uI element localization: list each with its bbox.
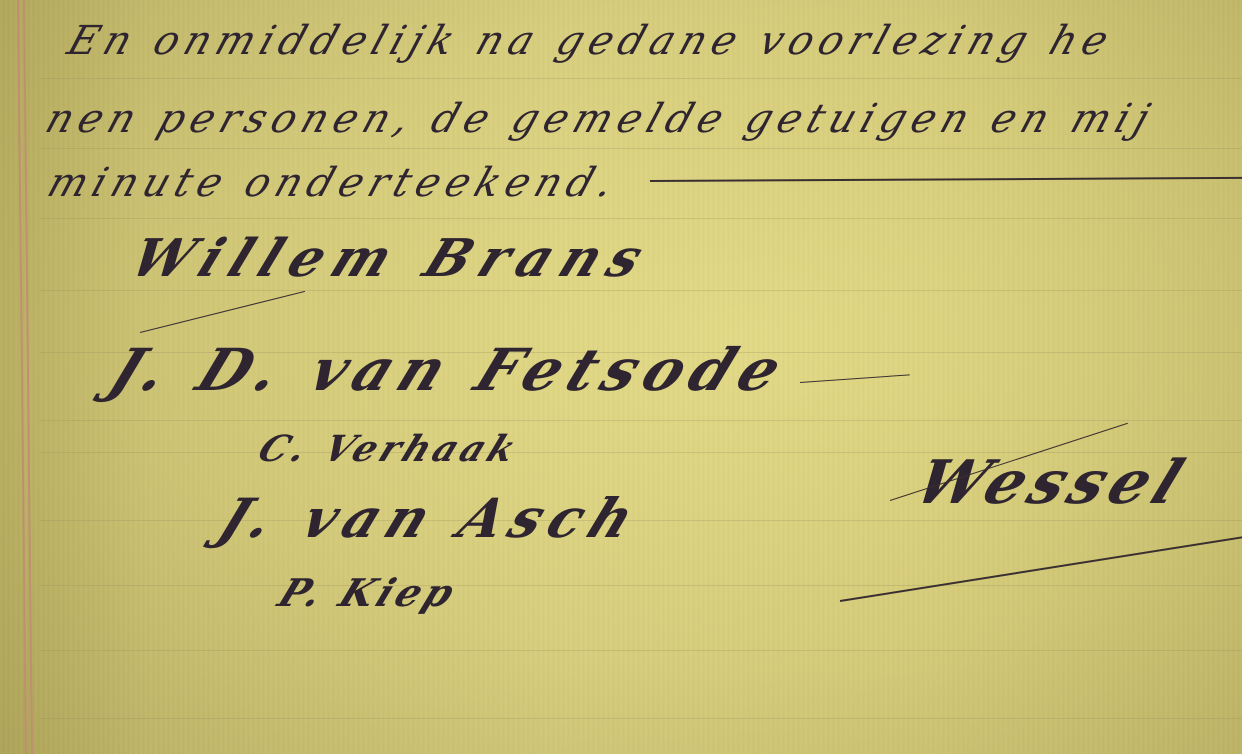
ruled-line (40, 718, 1242, 719)
signature-underline (840, 534, 1242, 602)
body-text-line-2: nen personen, de gemelde getuigen en mij (40, 96, 1161, 142)
ruled-line (40, 520, 1242, 521)
signature-flourish (140, 291, 305, 333)
signature-willem-brans: Willem Brans (122, 228, 662, 289)
body-text-line-1: En onmiddelijk na gedane voorlezing he (62, 18, 1120, 64)
closing-line (650, 177, 1242, 182)
ruled-line (40, 290, 1242, 291)
signature-wessel: Wessel (905, 448, 1198, 518)
ruled-line (40, 78, 1242, 79)
signature-van-fetsode: J. D. van Fetsode (100, 336, 800, 404)
ruled-line (40, 218, 1242, 219)
ruled-line (40, 420, 1242, 421)
signature-kiep: P. Kiep (272, 570, 465, 615)
ruled-line (40, 585, 1242, 586)
ruled-line (40, 650, 1242, 651)
signature-van-asch: J. van Asch (210, 486, 652, 550)
document-page: En onmiddelijk na gedane voorlezing he n… (0, 0, 1242, 754)
ruled-line (40, 148, 1242, 149)
body-text-line-3: minute onderteekend. (42, 160, 625, 206)
signature-verhaak: C. Verhaak (252, 428, 526, 470)
signature-flourish (800, 374, 910, 383)
